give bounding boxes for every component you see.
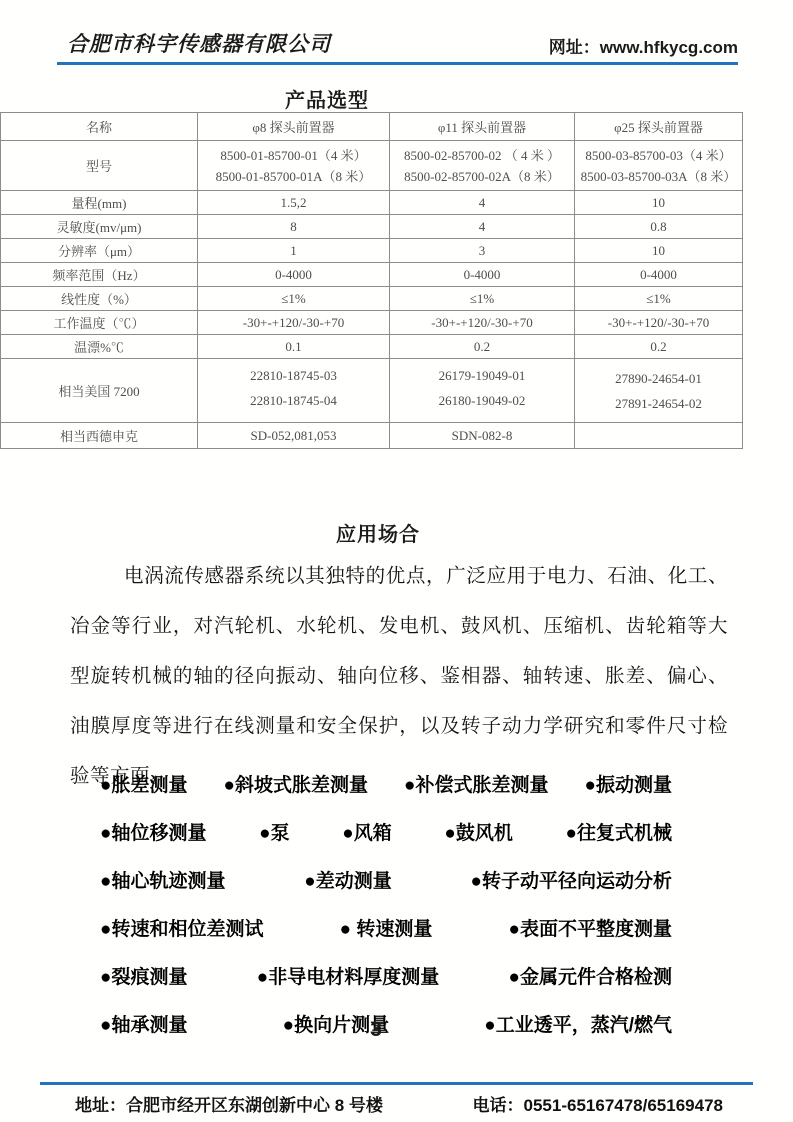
phone-label: 电话： [473,1096,524,1115]
bullet-row: ●轴心轨迹测量●差动测量●转子动平径向运动分析 [100,866,672,893]
row-label: 型号 [1,141,198,191]
footer-divider [40,1082,753,1085]
website-label: 网址： [549,38,600,57]
cell-line: 8500-01-85700-01A（8 米） [200,166,387,187]
table-cell: 0-4000 [198,263,390,287]
table-row: 灵敏度(mv/μm)840.8 [1,215,743,239]
cell-line: 27891-24654-02 [577,391,740,416]
bullet-item: ●轴心轨迹测量 [100,866,225,893]
table-row: 相当西德申克SD-052,081,053SDN-082-8 [1,423,743,449]
col-header-phi8: φ8 探头前置器 [198,113,390,141]
table-cell: -30+-+120/-30-+70 [390,311,575,335]
table-cell: 26179-19049-0126180-19049-02 [390,359,575,423]
table-cell: 0.2 [390,335,575,359]
address-label: 地址： [75,1096,126,1115]
bullet-row: ●裂痕测量●非导电材料厚度测量●金属元件合格检测 [100,962,672,989]
table-cell: 0.2 [575,335,743,359]
table-cell: 0-4000 [390,263,575,287]
table-row: 工作温度（℃）-30+-+120/-30-+70-30+-+120/-30-+7… [1,311,743,335]
row-label: 频率范围（Hz） [1,263,198,287]
bullet-item: ●转子动平径向运动分析 [471,866,672,893]
bullet-item: ●转速和相位差测试 [100,914,263,941]
bullet-item: ●非导电材料厚度测量 [257,962,439,989]
table-body: 型号8500-01-85700-01（4 米）8500-01-85700-01A… [1,141,743,449]
bullet-item: ● 转速测量 [340,914,433,941]
application-bullet-list: ●胀差测量●斜坡式胀差测量●补偿式胀差测量●振动测量●轴位移测量●泵●风箱●鼓风… [100,770,672,1058]
page-header: 合肥市科宇传感器有限公司 网址：www.hfkycg.com [57,28,738,65]
table-cell: 10 [575,239,743,263]
table-cell: 27890-24654-0127891-24654-02 [575,359,743,423]
cell-line: 22810-18745-04 [200,388,387,413]
product-spec-table: 名称 φ8 探头前置器 φ11 探头前置器 φ25 探头前置器 型号8500-0… [0,112,743,449]
table-cell: 22810-18745-0322810-18745-04 [198,359,390,423]
bullet-item: ●裂痕测量 [100,962,187,989]
col-header-name: 名称 [1,113,198,141]
footer-phone: 电话：0551-65167478/65169478 [473,1091,723,1116]
application-title: 应用场合 [0,518,756,547]
bullet-item: ●风箱 [342,818,391,845]
bullet-row: ●轴位移测量●泵●风箱●鼓风机●往复式机械 [100,818,672,845]
table-row: 温漂%℃0.10.20.2 [1,335,743,359]
table-row: 分辨率（μm）1310 [1,239,743,263]
table-cell: 10 [575,191,743,215]
table-cell: 0-4000 [575,263,743,287]
bullet-item: ●斜坡式胀差测量 [224,770,368,797]
bullet-item: ●表面不平整度测量 [509,914,672,941]
row-label: 温漂%℃ [1,335,198,359]
table-row: 频率范围（Hz）0-40000-40000-4000 [1,263,743,287]
row-label: 相当美国 7200 [1,359,198,423]
page-number: 3 [0,1018,752,1042]
bullet-row: ●胀差测量●斜坡式胀差测量●补偿式胀差测量●振动测量 [100,770,672,797]
table-row: 线性度（%）≤1%≤1%≤1% [1,287,743,311]
cell-line: 8500-01-85700-01（4 米） [200,145,387,166]
product-selection-title: 产品选型 [285,84,369,113]
table-cell: ≤1% [575,287,743,311]
page-footer: 地址：合肥市经开区东湖创新中心 8 号楼 电话：0551-65167478/65… [40,1091,753,1116]
bullet-item: ●振动测量 [585,770,672,797]
bullet-row: ●转速和相位差测试● 转速测量●表面不平整度测量 [100,914,672,941]
table-cell: ≤1% [390,287,575,311]
table-cell: -30+-+120/-30-+70 [575,311,743,335]
table-cell: 0.8 [575,215,743,239]
table-cell: 1 [198,239,390,263]
address-value: 合肥市经开区东湖创新中心 8 号楼 [126,1096,383,1115]
bullet-item: ●补偿式胀差测量 [404,770,548,797]
bullet-item: ●胀差测量 [100,770,187,797]
cell-line: 8500-02-85700-02 （ 4 米 ） [392,145,572,166]
row-label: 相当西德申克 [1,423,198,449]
col-header-phi11: φ11 探头前置器 [390,113,575,141]
row-label: 线性度（%） [1,287,198,311]
table-cell: 4 [390,215,575,239]
application-paragraph: 电涡流传感器系统以其独特的优点，广泛应用于电力、石油、化工、冶金等行业，对汽轮机… [70,552,728,802]
table-header-row: 名称 φ8 探头前置器 φ11 探头前置器 φ25 探头前置器 [1,113,743,141]
table-cell: SD-052,081,053 [198,423,390,449]
company-name: 合肥市科宇传感器有限公司 [57,28,331,58]
cell-line: 26180-19049-02 [392,388,572,413]
row-label: 灵敏度(mv/μm) [1,215,198,239]
table-cell: 8 [198,215,390,239]
row-label: 量程(mm) [1,191,198,215]
table-row: 量程(mm)1.5,2410 [1,191,743,215]
website-url: www.hfkycg.com [600,38,738,57]
bullet-item: ●鼓风机 [444,818,512,845]
table-cell: 8500-02-85700-02 （ 4 米 ）8500-02-85700-02… [390,141,575,191]
table-cell: 8500-03-85700-03（4 米）8500-03-85700-03A（8… [575,141,743,191]
col-header-phi25: φ25 探头前置器 [575,113,743,141]
phone-value: 0551-65167478/65169478 [524,1096,723,1115]
website: 网址：www.hfkycg.com [549,33,738,58]
row-label: 分辨率（μm） [1,239,198,263]
bullet-item: ●差动测量 [304,866,391,893]
row-label: 工作温度（℃） [1,311,198,335]
cell-line: 8500-03-85700-03A（8 米） [577,166,740,187]
table-cell: 8500-01-85700-01（4 米）8500-01-85700-01A（8… [198,141,390,191]
bullet-item: ●轴位移测量 [100,818,206,845]
table-cell: 4 [390,191,575,215]
cell-line: 8500-03-85700-03（4 米） [577,145,740,166]
footer-address: 地址：合肥市经开区东湖创新中心 8 号楼 [75,1091,383,1116]
cell-line: 8500-02-85700-02A（8 米） [392,166,572,187]
bullet-item: ●金属元件合格检测 [509,962,672,989]
table-cell: 1.5,2 [198,191,390,215]
table-cell: 0.1 [198,335,390,359]
document-page: 合肥市科宇传感器有限公司 网址：www.hfkycg.com 产品选型 名称 φ… [0,0,793,1122]
bullet-item: ●往复式机械 [566,818,672,845]
table-cell: ≤1% [198,287,390,311]
table-cell: 3 [390,239,575,263]
cell-line: 26179-19049-01 [392,363,572,388]
table-cell [575,423,743,449]
table-row: 相当美国 720022810-18745-0322810-18745-04261… [1,359,743,423]
cell-line: 27890-24654-01 [577,366,740,391]
table-cell: SDN-082-8 [390,423,575,449]
cell-line: 22810-18745-03 [200,363,387,388]
bullet-item: ●泵 [259,818,289,845]
table-cell: -30+-+120/-30-+70 [198,311,390,335]
table-row: 型号8500-01-85700-01（4 米）8500-01-85700-01A… [1,141,743,191]
